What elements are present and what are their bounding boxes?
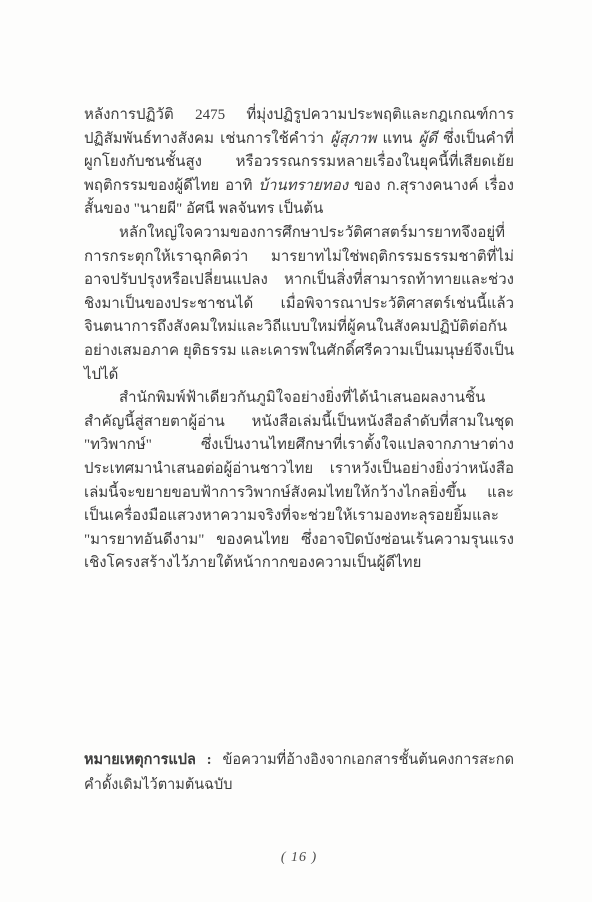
body-text: หลังการปฏิวัติ 2475 ที่มุ่งปฏิรูปความประ… bbox=[84, 104, 514, 576]
text-segment: สำนักพิมพ์ฟ้าเดียวกันภูมิใจอย่างยิ่งที่ไ… bbox=[84, 390, 514, 571]
page-number: ( 16 ) bbox=[84, 850, 514, 866]
translation-note: หมายเหตุการแปล : ข้อความที่อ้างอิงจากเอก… bbox=[84, 748, 514, 797]
translation-note-label: หมายเหตุการแปล : bbox=[84, 752, 212, 768]
italic-text-segment: ผู้ดี bbox=[419, 131, 438, 147]
text-segment: แทน bbox=[376, 131, 418, 147]
paragraph: หลังการปฏิวัติ 2475 ที่มุ่งปฏิรูปความประ… bbox=[84, 104, 514, 222]
paragraph: สำนักพิมพ์ฟ้าเดียวกันภูมิใจอย่างยิ่งที่ไ… bbox=[84, 387, 514, 576]
paragraph: หลักใหญ่ใจความของการศึกษาประวัติศาสตร์มา… bbox=[84, 222, 514, 387]
text-segment: หลักใหญ่ใจความของการศึกษาประวัติศาสตร์มา… bbox=[84, 225, 514, 383]
italic-text-segment: บ้านทรายทอง bbox=[258, 178, 348, 194]
italic-text-segment: ผู้สุภาพ bbox=[330, 131, 376, 147]
book-page: หลังการปฏิวัติ 2475 ที่มุ่งปฏิรูปความประ… bbox=[0, 0, 592, 902]
